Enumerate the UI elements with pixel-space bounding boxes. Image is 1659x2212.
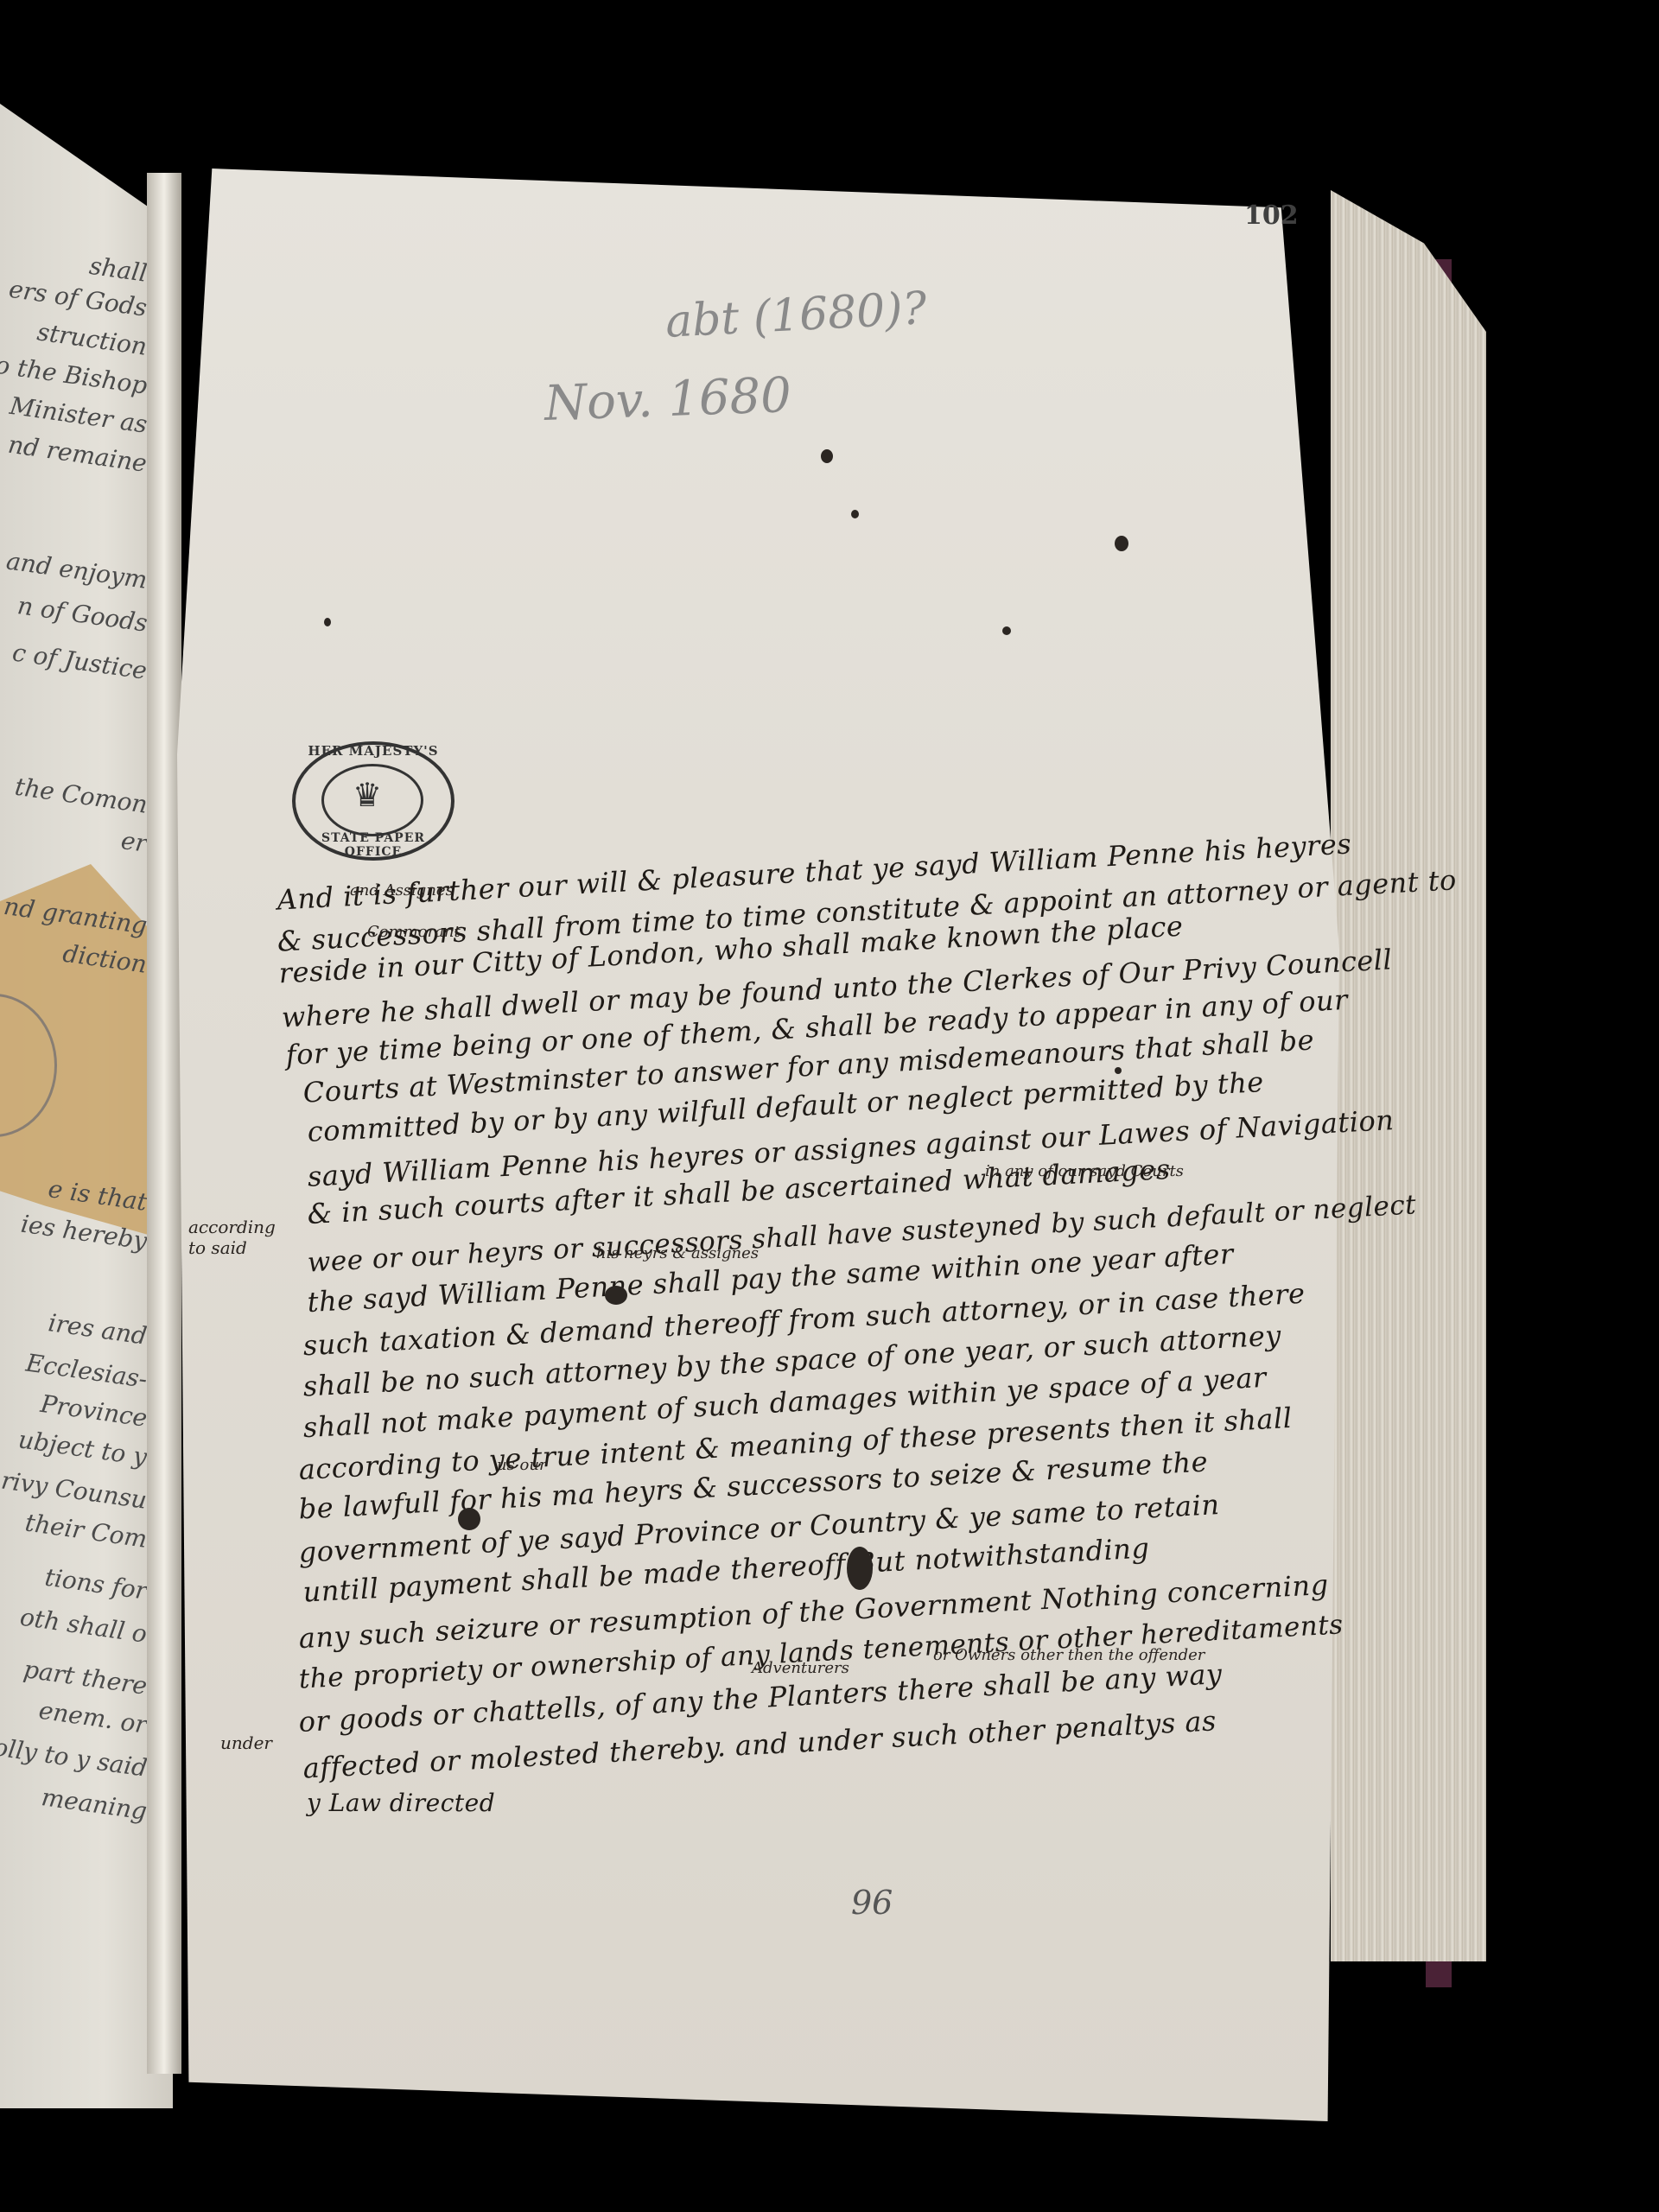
left-line: Province [39,1389,149,1433]
left-line: e is that [47,1174,149,1217]
stamp-bottom-text: STATE PAPER OFFICE [296,831,451,859]
left-line: struction [35,317,149,360]
left-line: diction [61,939,149,979]
ink-spot [1115,536,1128,551]
interlinear-insertion: in any of our sayd Courts [985,1162,1184,1180]
left-line: ubject to y [16,1425,149,1471]
left-line: enem. or [37,1696,149,1739]
left-line: c of Justice [10,638,149,685]
folio-number: 102 [1244,200,1299,231]
left-line: meaning [40,1783,149,1826]
left-line: tions for [43,1563,149,1605]
interlinear-insertion: and Assignes [350,881,454,899]
left-line: er [119,826,149,858]
stamp-top-text: HER MAJESTY'S [296,743,451,759]
left-line: nd remaine [7,430,149,478]
interlinear-insertion: us our [497,1456,547,1474]
page-edges [1331,190,1486,1961]
left-line: Ecclesias- [24,1349,149,1394]
left-line: their Com [23,1508,149,1553]
interlinear-insertion: Commorant [367,923,461,941]
left-line: shall [87,251,149,288]
crown-icon: ♛ [353,776,382,814]
interlinear-insertion: Adventurers [752,1659,849,1677]
state-paper-office-stamp: HER MAJESTY'S ♛ STATE PAPER OFFICE [292,741,454,861]
page-number: 96 [851,1884,893,1922]
ink-blot [847,1547,873,1590]
left-line: part there [22,1655,149,1700]
ink-spot [1002,626,1011,635]
interlinear-insertion: his heyrs & assignes [596,1244,759,1262]
left-line: oth shall o [18,1603,149,1649]
left-line: ires and [47,1308,149,1351]
ink-blot [605,1286,627,1305]
left-line: olly to y said [0,1732,149,1783]
left-line: Minister as [8,391,149,439]
ink-blot [458,1508,480,1530]
book-gutter [147,173,181,2074]
left-line: the Comon [13,772,149,819]
left-line: nd granting [2,892,149,940]
ink-spot [324,618,331,626]
manuscript-line: y Law directed [307,1789,495,1817]
ink-spot [821,449,833,463]
interlinear-insertion: or Owners other then the offender [933,1646,1205,1664]
margin-note: under [220,1732,272,1753]
left-line: and enjoym [4,546,149,594]
pencil-date-note: Nov. 1680 [543,367,792,432]
left-line: ies hereby [19,1210,149,1255]
ink-spot [851,510,859,518]
margin-note: according to said [188,1217,257,1258]
left-page-text: shall ers of Gods struction o the Bishop… [0,0,147,2212]
left-line: rivy Counsu [0,1466,149,1515]
left-line: n of Goods [16,591,149,638]
